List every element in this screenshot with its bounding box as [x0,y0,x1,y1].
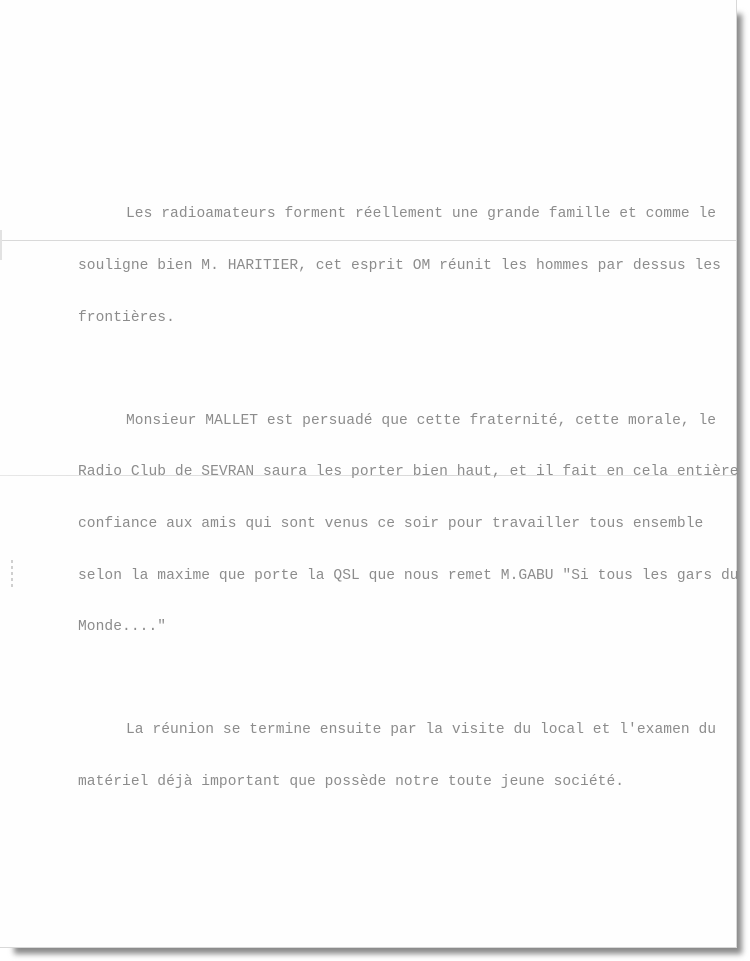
margin-mark [11,560,13,590]
text-line: confiance aux amis qui sont venus ce soi… [78,516,718,533]
edge-mark [0,230,2,260]
text-line: frontières. [78,310,718,327]
text-line: Radio Club de SEVRAN saura les porter bi… [78,464,718,481]
text-line: Monde...." [78,619,718,636]
typewritten-text: Les radioamateurs forment réellement une… [78,172,718,826]
text-line: Les radioamateurs forment réellement une… [78,206,718,223]
text-line: Monsieur MALLET est persuadé que cette f… [78,413,718,430]
paragraph-radioamateurs: Les radioamateurs forment réellement une… [78,172,718,361]
text-line: souligne bien M. HARITIER, cet esprit OM… [78,258,718,275]
text-line: La réunion se termine ensuite par la vis… [78,722,718,739]
text-line: matériel déjà important que possède notr… [78,774,718,791]
text-line: selon la maxime que porte la QSL que nou… [78,568,718,585]
document-page: Les radioamateurs forment réellement une… [0,0,737,948]
paragraph-mallet: Monsieur MALLET est persuadé que cette f… [78,378,718,670]
paragraph-reunion: La réunion se termine ensuite par la vis… [78,688,718,826]
scan-canvas: Les radioamateurs forment réellement une… [0,0,750,961]
